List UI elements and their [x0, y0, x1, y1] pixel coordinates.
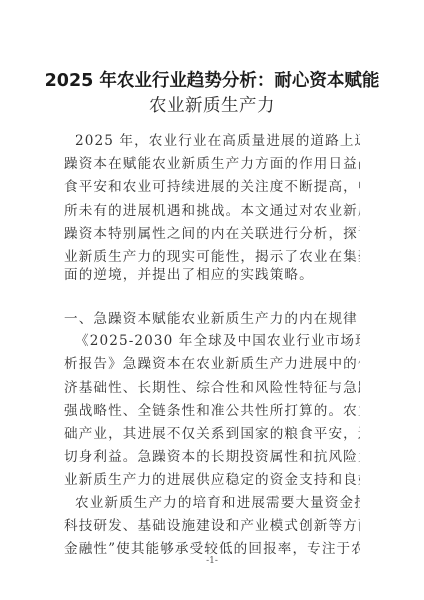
section-paragraph-line: 金融性”使其能够承受较低的回报率，专注于农业的长期价值制 [64, 541, 360, 557]
section-paragraph-line: 础产业，其进展不仅关系到国家的粮食平安，还涉及到广阔农夫的 [64, 426, 360, 442]
section-heading: 一、急躁资本赋能农业新质生产力的内在规律 [64, 311, 358, 327]
intro-paragraph-line: 面的逆境，并提出了相应的实践策略。 [64, 267, 360, 283]
section-paragraph-line: 切身利益。急躁资本的长期投资属性和抗风险力量，使其能够为农 [64, 449, 360, 465]
section-paragraph-line: 济基础性、长期性、综合性和风险性特征与急躁资本的弱金融性、 [64, 380, 360, 396]
section-paragraph-line: 《2025-2030 年全球及中国农业行业市场现状调研及进展前景分 [75, 333, 360, 349]
document-title-line1: 2025 年农业行业趋势分析：耐心资本赋能 [0, 70, 424, 92]
page-number: -1- [0, 556, 424, 566]
section-paragraph-line: 业新质生产力的进展供应稳定的资金支持和良好的创新环境。 [64, 472, 360, 488]
document-title-line2: 农业新质生产力 [0, 95, 424, 117]
intro-paragraph-line: 躁资本在赋能农业新质生产力方面的作用日益凸显。随着全球对粮 [64, 156, 360, 172]
intro-paragraph-line: 躁资本特别属性之间的内在关联进行分析，探讨了急躁资本赋能农 [64, 226, 360, 242]
intro-paragraph-line: 业新质生产力的现实可能性，揭示了农业在集聚和利用社会资本方 [64, 249, 360, 265]
section-paragraph-line: 强战略性、全链条性和准公共性所打算的。农业作为国民经济的基 [64, 403, 360, 419]
document-page: 2025 年农业行业趋势分析：耐心资本赋能 农业新质生产力 2025 年，农业行… [0, 0, 424, 600]
section-paragraph-line: 科技研发、基础设施建设和产业模式创新等方面。急躁资本的“弱 [64, 518, 360, 534]
intro-paragraph-line: 所未有的进展机遇和挑战。本文通过对农业新质生产力的特征与急 [64, 203, 360, 219]
section-paragraph-line: 农业新质生产力的培育和进展需要大量资金投入，特殊是在农业 [75, 495, 360, 511]
intro-paragraph-line: 2025 年，农业行业在高质量进展的道路上迈出了坚实的步伐，急 [75, 133, 360, 149]
intro-paragraph-line: 食平安和农业可持续进展的关注度不断提高，中国农业正面临着前 [64, 179, 360, 195]
section-paragraph-line: 析报告》急躁资本在农业新质生产力进展中的作用，是由农业的经 [64, 356, 360, 372]
